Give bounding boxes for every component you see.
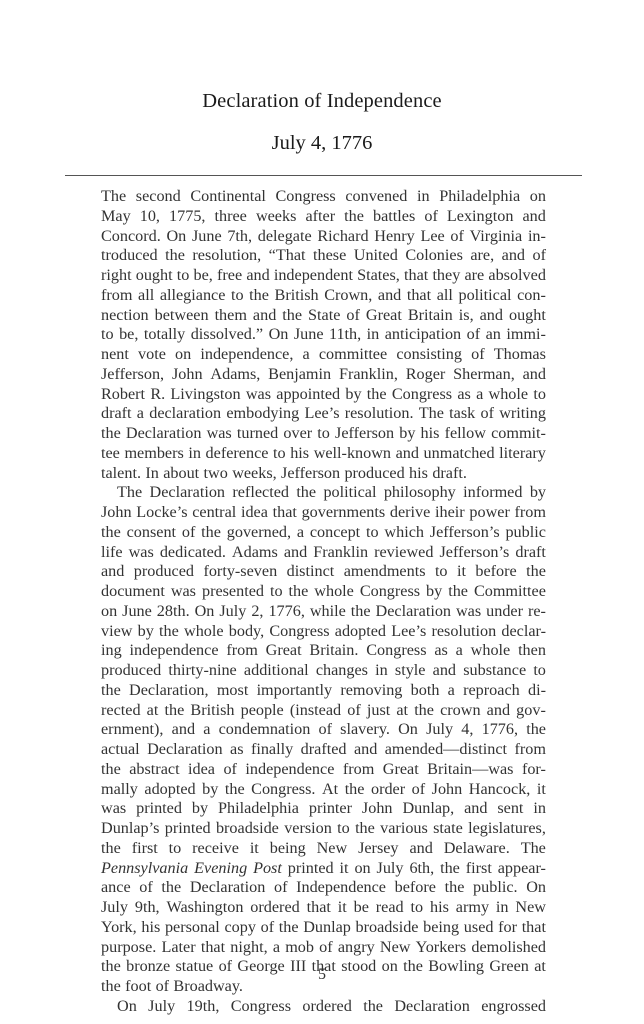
page-subtitle-date: July 4, 1776 — [0, 132, 644, 155]
text-line: teemembersindeferencetohiswell-knownandu… — [101, 444, 546, 464]
text-line: tobe,totallydissolved.”OnJune11th,inanti… — [101, 325, 546, 345]
text-line: theabstractideaofindependencefromGreatBr… — [101, 760, 546, 780]
text-line: PennsylvaniaEveningPostprinteditonJuly6t… — [101, 859, 546, 879]
text-line: RobertR.LivingstonwasappointedbytheCongr… — [101, 385, 546, 405]
text-line: lifewasdedicated.AdamsandFranklinreviewe… — [101, 543, 546, 563]
text-line: fromallallegiancetotheBritishCrown,andth… — [101, 286, 546, 306]
text-line: July9th,Washingtonorderedthatitbereadtoh… — [101, 898, 546, 918]
text-line: rightoughttobe,freeandindependentStates,… — [101, 266, 546, 286]
text-line: thefirsttoreceiveitbeingNewJerseyandDela… — [101, 839, 546, 859]
text-line: troducedtheresolution,“ThattheseUnitedCo… — [101, 246, 546, 266]
text-line: OnJuly19th,CongressorderedtheDeclaration… — [101, 997, 546, 1017]
text-line: talent.Inabouttwoweeks,Jeffersonproduced… — [101, 464, 546, 484]
text-line: TheDeclarationreflectedthepoliticalphilo… — [101, 483, 546, 503]
text-line: May10,1775,threeweeksafterthebattlesofLe… — [101, 207, 546, 227]
text-line: nentvoteonindependence,acommitteeconsist… — [101, 345, 546, 365]
text-line: mallyadoptedbytheCongress.AttheorderofJo… — [101, 780, 546, 800]
text-line: Dunlap’sprintedbroadsideversiontothevari… — [101, 819, 546, 839]
text-line: documentwaspresentedtothewholeCongressby… — [101, 582, 546, 602]
text-line: ernment),andacondemnationofslavery.OnJul… — [101, 720, 546, 740]
text-line: andproducedforty-sevendistinctamendments… — [101, 562, 546, 582]
text-line: onJune28th.OnJuly2,1776,whiletheDeclarat… — [101, 602, 546, 622]
text-line: nectionbetweenthemandtheStateofGreatBrit… — [101, 306, 546, 326]
text-line: York,hispersonalcopyoftheDunlapbroadside… — [101, 918, 546, 938]
text-line: theDeclarationwasturnedovertoJeffersonby… — [101, 424, 546, 444]
text-line: rectedattheBritishpeople(insteadofjustat… — [101, 701, 546, 721]
page-number: 5 — [0, 966, 644, 984]
text-line: anceoftheDeclarationofIndependencebefore… — [101, 878, 546, 898]
text-line: theconsentofthegoverned,aconcepttowhichJ… — [101, 523, 546, 543]
text-line: ingindependencefromGreatBritain.Congress… — [101, 641, 546, 661]
text-line: wasprintedbyPhiladelphiaprinterJohnDunla… — [101, 799, 546, 819]
text-line: ThesecondContinentalCongressconvenedinPh… — [101, 187, 546, 207]
text-line: viewbythewholebody,CongressadoptedLee’sr… — [101, 622, 546, 642]
horizontal-rule — [65, 175, 582, 176]
text-line: Concord.OnJune7th,delegateRichardHenryLe… — [101, 227, 546, 247]
body-text: ThesecondContinentalCongressconvenedinPh… — [101, 187, 546, 1017]
text-line: purpose.Laterthatnight,amobofangryNewYor… — [101, 938, 546, 958]
text-line: producedthirty-nineadditionalchangesinst… — [101, 661, 546, 681]
text-line: actualDeclarationasfinallydraftedandamen… — [101, 740, 546, 760]
text-line: theDeclaration,mostimportantlyremovingbo… — [101, 681, 546, 701]
page-title: Declaration of Independence — [0, 90, 644, 113]
text-line: JohnLocke’scentralideathatgovernmentsder… — [101, 503, 546, 523]
text-line: draftadeclarationembodyingLee’sresolutio… — [101, 404, 546, 424]
text-line: Jefferson,JohnAdams,BenjaminFranklin,Rog… — [101, 365, 546, 385]
